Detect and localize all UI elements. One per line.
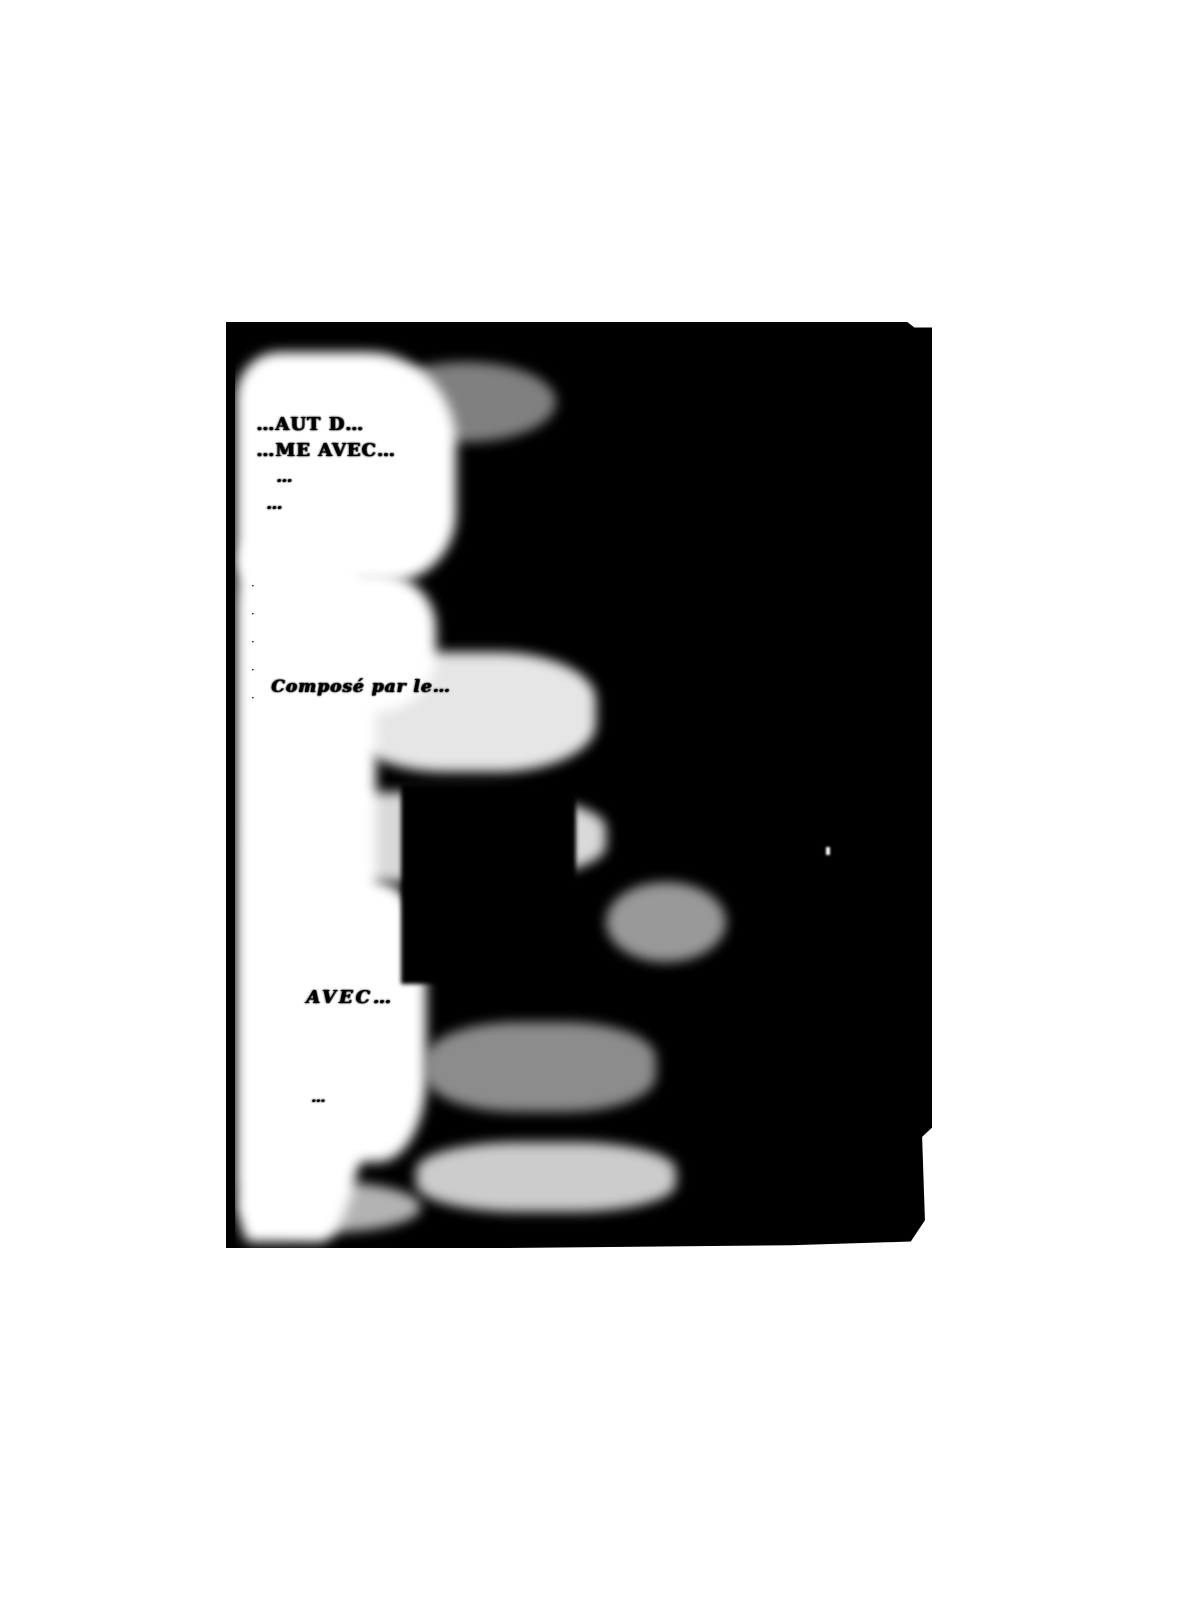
paper-region	[376, 362, 556, 442]
margin-specks: ·····	[251, 572, 255, 712]
title-line-2: …ME AVEC…	[256, 440, 396, 461]
scan-speck	[826, 847, 830, 855]
page-spine-edge	[226, 322, 235, 1248]
paper-region	[241, 1182, 421, 1232]
imprint-line: …	[311, 1090, 326, 1106]
title-line-1: …AUT D…	[256, 414, 364, 435]
privilege-line: AVEC…	[306, 987, 394, 1008]
title-line-4: …	[266, 494, 283, 513]
scanned-page: …AUT D… …ME AVEC… … … Composé par le… AV…	[226, 322, 932, 1248]
title-line-3: …	[276, 467, 293, 486]
paper-region	[416, 1142, 676, 1212]
paper-region	[346, 652, 596, 772]
paper-region	[606, 882, 726, 962]
paper-region	[426, 1022, 656, 1112]
author-line: Composé par le…	[271, 677, 450, 697]
printer-device-frame	[401, 784, 576, 984]
